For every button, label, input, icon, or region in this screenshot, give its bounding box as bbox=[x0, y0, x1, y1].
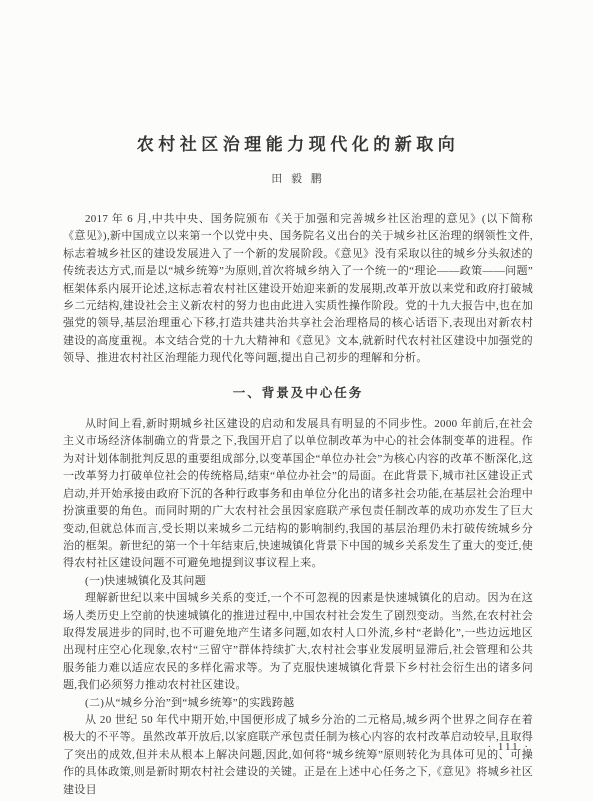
article-author: 田 毅 鹏 bbox=[63, 170, 533, 186]
document-page: 农村社区治理能力现代化的新取向 田 毅 鹏 2017 年 6 月,中共中央、国务… bbox=[0, 0, 593, 801]
intro-paragraph: 2017 年 6 月,中共中央、国务院颁布《关于加强和完善城乡社区治理的意见》(… bbox=[63, 211, 533, 368]
section1-subheading-2: (二)从“城乡分治”到“城乡统筹”的实践跨越 bbox=[63, 695, 533, 712]
section1-paragraph-1: 从时间上看,新时期城乡社区建设的启动和发展具有明显的不同步性。2000 年前后,… bbox=[63, 416, 533, 573]
article-body: 2017 年 6 月,中共中央、国务院颁布《关于加强和完善城乡社区治理的意见》(… bbox=[63, 211, 533, 799]
section-heading-1: 一、背景及中心任务 bbox=[63, 385, 533, 402]
page-content: 农村社区治理能力现代化的新取向 田 毅 鹏 2017 年 6 月,中共中央、国务… bbox=[63, 0, 533, 799]
article-title: 农村社区治理能力现代化的新取向 bbox=[63, 0, 533, 155]
section1-paragraph-3: 从 20 世纪 50 年代中期开始,中国便形成了城乡分治的二元格局,城乡两个世界… bbox=[63, 712, 533, 799]
section1-paragraph-2: 理解新世纪以来中国城乡关系的变迁,一个不可忽视的因素是快速城镇化的启动。因为在这… bbox=[63, 590, 533, 694]
page-number: · 111 · bbox=[487, 741, 530, 753]
section1-subheading-1: (一)快速城镇化及其问题 bbox=[63, 573, 533, 590]
